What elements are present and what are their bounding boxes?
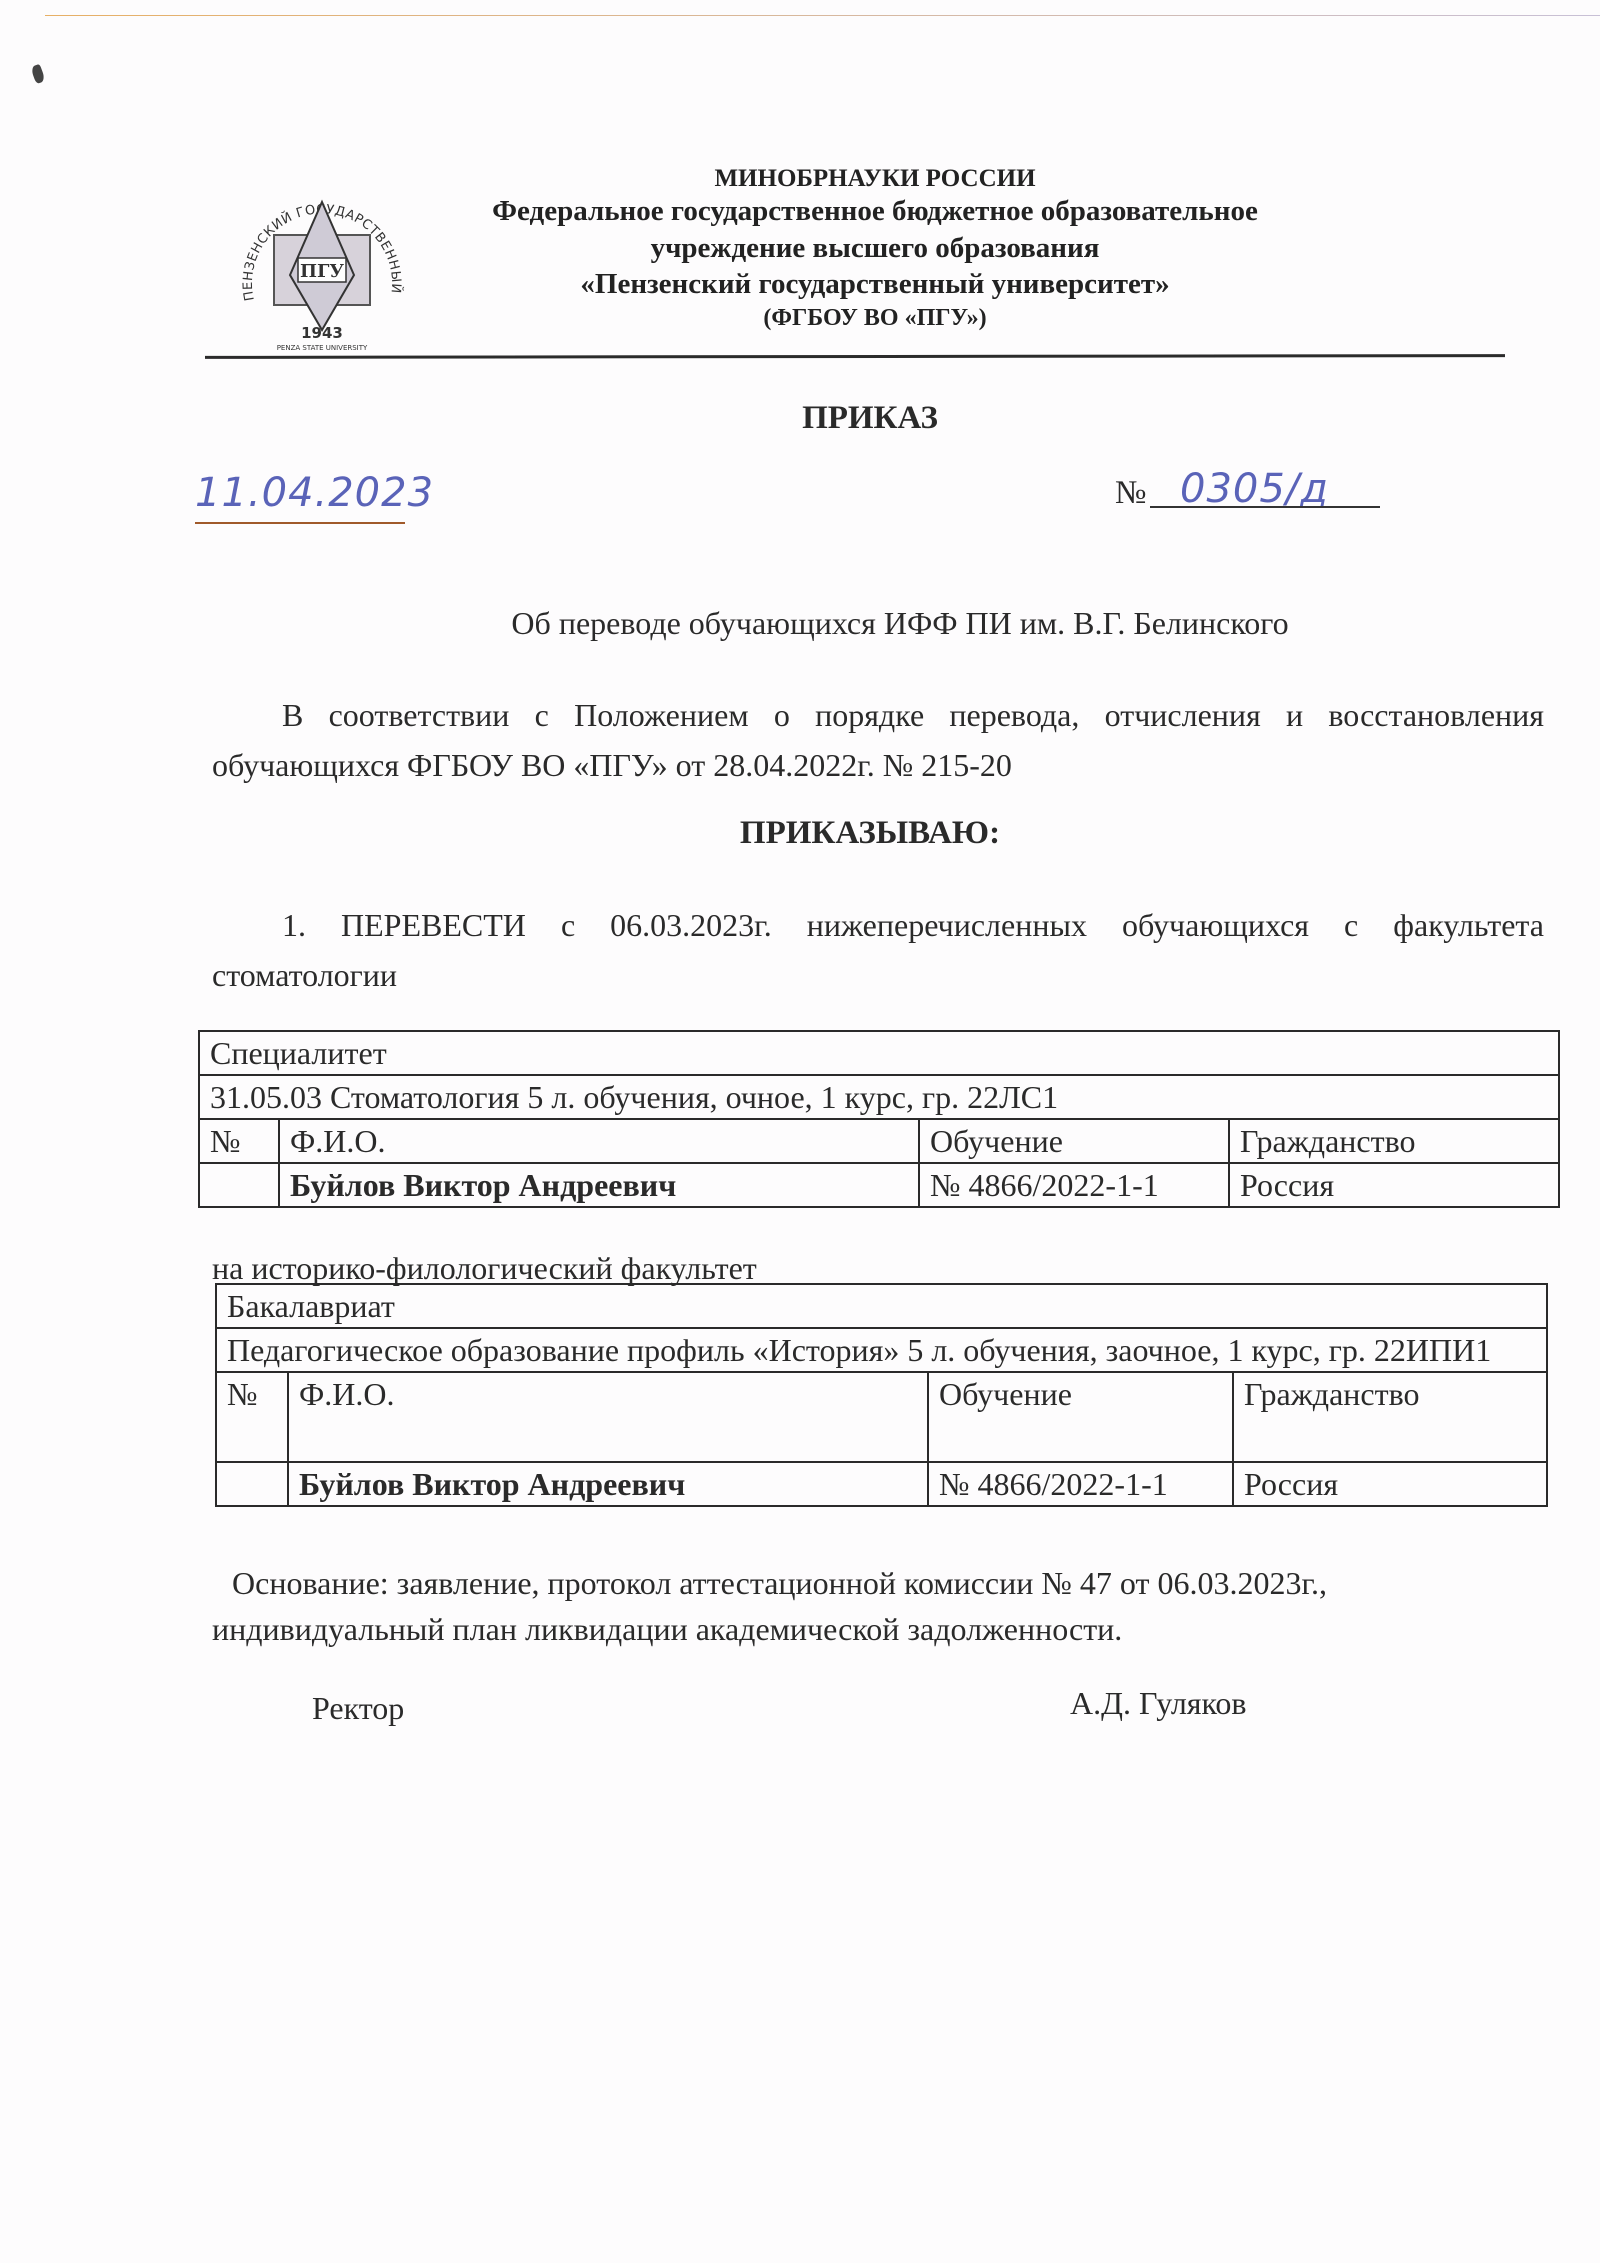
col-citizenship: Гражданство — [1233, 1372, 1547, 1462]
cell-study: № 4866/2022-1-1 — [919, 1163, 1229, 1207]
table-row: Буйлов Виктор Андреевич № 4866/2022-1-1 … — [199, 1163, 1559, 1207]
cell-number — [216, 1462, 288, 1506]
order-date: 11.04.2023 — [195, 470, 434, 516]
cell-number — [199, 1163, 279, 1207]
document-type: ПРИКАЗ — [0, 400, 1600, 437]
table-header-row: № Ф.И.О. Обучение Гражданство — [216, 1372, 1547, 1462]
number-sign: № — [1115, 475, 1147, 512]
table-header-row: № Ф.И.О. Обучение Гражданство — [199, 1119, 1559, 1163]
institution-line-1: Федеральное государственное бюджетное об… — [400, 195, 1350, 228]
signatory-role: Ректор — [312, 1690, 404, 1727]
col-citizenship: Гражданство — [1229, 1119, 1559, 1163]
cell-name: Буйлов Виктор Андреевич — [279, 1163, 919, 1207]
university-emblem-icon: ПЕНЗЕНСКИЙ ГОСУДАРСТВЕННЫЙ УНИВЕРСИТЕТ П… — [232, 180, 412, 352]
col-study: Обучение — [928, 1372, 1233, 1462]
col-name: Ф.И.О. — [279, 1119, 919, 1163]
target-faculty: на историко-филологический факультет — [212, 1250, 757, 1287]
header-divider — [205, 354, 1505, 359]
orders-heading: ПРИКАЗЫВАЮ: — [0, 815, 1600, 852]
institution-name: «Пензенский государственный университет» — [400, 268, 1350, 301]
to-program: Педагогическое образование профиль «Исто… — [216, 1328, 1547, 1372]
date-underline — [195, 522, 405, 524]
institution-line-2: учреждение высшего образования — [400, 232, 1350, 265]
basis-note: Основание: заявление, протокол аттестаци… — [212, 1560, 1552, 1652]
col-name: Ф.И.О. — [288, 1372, 928, 1462]
scan-edge — [45, 15, 1600, 16]
number-underline — [1150, 506, 1380, 508]
col-number: № — [199, 1119, 279, 1163]
emblem-year: 1943 — [301, 324, 343, 342]
from-program: 31.05.03 Стоматология 5 л. обучения, очн… — [199, 1075, 1559, 1119]
emblem-center-text: ПГУ — [300, 261, 344, 282]
order-item-1: 1. ПЕРЕВЕСТИ с 06.03.2023г. нижеперечисл… — [212, 900, 1544, 1000]
col-number: № — [216, 1372, 288, 1462]
cell-name: Буйлов Виктор Андреевич — [288, 1462, 928, 1506]
ministry-name: МИНОБРНАУКИ РОССИИ — [400, 165, 1350, 193]
signatory-name: А.Д. Гуляков — [1070, 1685, 1247, 1722]
to-program-table: Бакалавриат Педагогическое образование п… — [215, 1283, 1548, 1507]
emblem-english: PENZA STATE UNIVERSITY — [277, 344, 368, 352]
cell-citizenship: Россия — [1229, 1163, 1559, 1207]
from-level: Специалитет — [199, 1031, 1559, 1075]
col-study: Обучение — [919, 1119, 1229, 1163]
cell-study: № 4866/2022-1-1 — [928, 1462, 1233, 1506]
scan-speck — [30, 64, 46, 84]
from-program-table: Специалитет 31.05.03 Стоматология 5 л. о… — [198, 1030, 1560, 1208]
table-row: Буйлов Виктор Андреевич № 4866/2022-1-1 … — [216, 1462, 1547, 1506]
cell-citizenship: Россия — [1233, 1462, 1547, 1506]
institution-abbreviation: (ФГБОУ ВО «ПГУ») — [400, 305, 1350, 332]
to-level: Бакалавриат — [216, 1284, 1547, 1328]
preamble: В соответствии с Положением о порядке пе… — [212, 690, 1544, 790]
order-subject: Об переводе обучающихся ИФФ ПИ им. В.Г. … — [0, 605, 1600, 642]
